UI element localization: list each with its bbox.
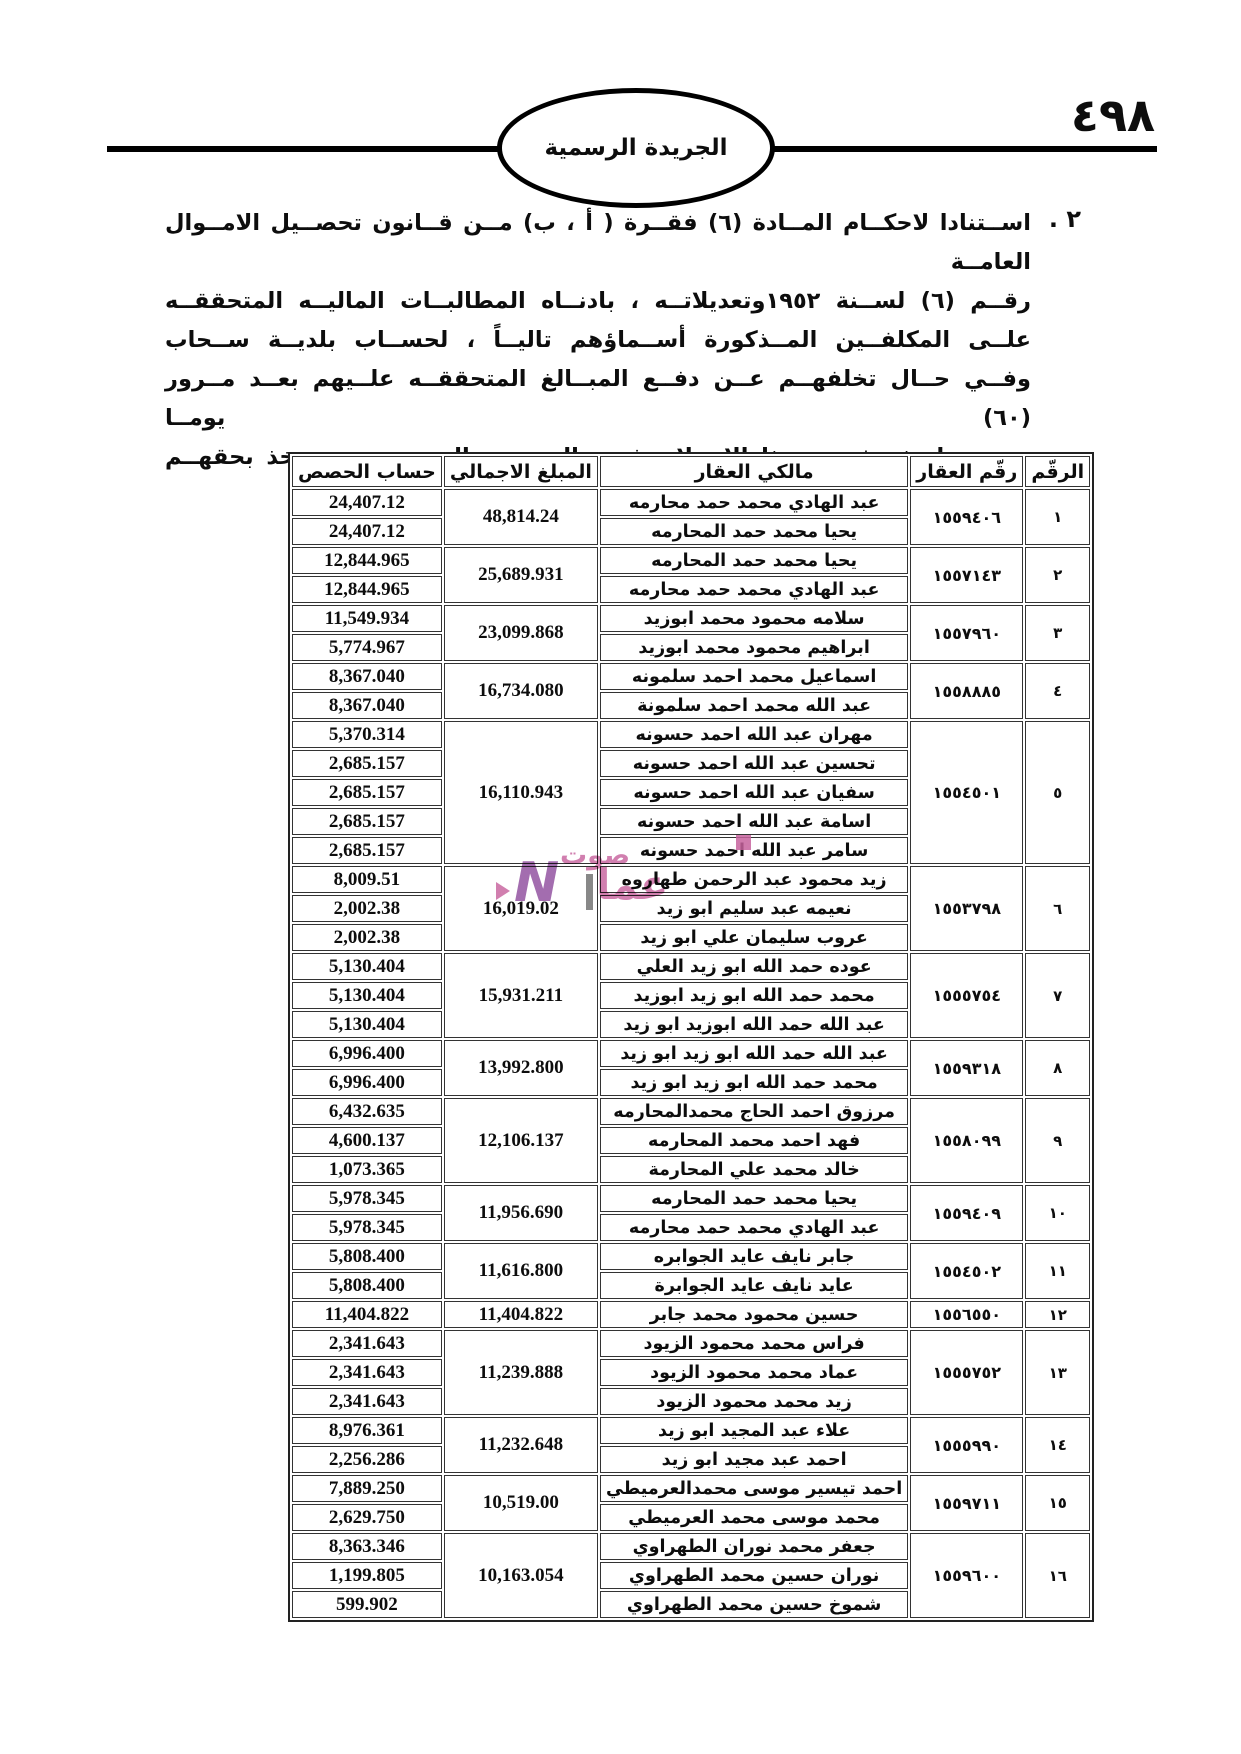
share-amount-cell: 2,002.38 (292, 924, 442, 951)
total-amount-cell: 10,163.054 (444, 1533, 598, 1618)
serial-cell: ٢ (1025, 547, 1090, 603)
header-shares-account: حساب الحصص (292, 456, 442, 487)
owner-name-cell: جعفر محمد نوران الطهراوي (600, 1533, 908, 1560)
total-amount-cell: 16,019.02 (444, 866, 598, 951)
total-amount-cell: 10,519.00 (444, 1475, 598, 1531)
owner-name-cell: محمد موسى محمد العرميطي (600, 1504, 908, 1531)
total-amount-cell: 11,404.822 (444, 1301, 598, 1328)
owner-name-cell: يحيا محمد حمد المحارمه (600, 547, 908, 574)
property-number-cell: ١٥٥٩٤٠٦ (910, 489, 1023, 545)
owner-name-cell: احمد تيسير موسى محمدالعرميطي (600, 1475, 908, 1502)
share-amount-cell: 2,629.750 (292, 1504, 442, 1531)
owner-name-cell: نوران حسين محمد الطهراوي (600, 1562, 908, 1589)
share-amount-cell: 8,009.51 (292, 866, 442, 893)
owner-name-cell: اسامة عبد الله احمد حسونه (600, 808, 908, 835)
serial-cell: ١٣ (1025, 1330, 1090, 1415)
owner-name-cell: فراس محمد محمود الزيود (600, 1330, 908, 1357)
owner-name-cell: عروب سليمان علي ابو زيد (600, 924, 908, 951)
total-amount-cell: 13,992.800 (444, 1040, 598, 1096)
table-row: ٥١٥٥٤٥٠١مهران عبد الله احمد حسونه16,110.… (292, 721, 1090, 748)
owner-name-cell: عبد الهادي محمد حمد محارمه (600, 489, 908, 516)
serial-cell: ١ (1025, 489, 1090, 545)
property-number-cell: ١٥٥٧٩٦٠ (910, 605, 1023, 661)
table-row: ١٦١٥٥٩٦٠٠جعفر محمد نوران الطهراوي10,163.… (292, 1533, 1090, 1560)
share-amount-cell: 24,407.12 (292, 518, 442, 545)
owner-name-cell: مرزوق احمد الحاج محمدالمحارمه (600, 1098, 908, 1125)
owner-name-cell: فهد احمد محمد المحارمه (600, 1127, 908, 1154)
notice-line: علــى المكلفــين المــذكورة أســماؤهم تا… (165, 321, 1031, 360)
share-amount-cell: 2,685.157 (292, 808, 442, 835)
serial-cell: ٩ (1025, 1098, 1090, 1183)
header-owners: مالكي العقار (600, 456, 908, 487)
table-row: ١٥١٥٥٩٧١١احمد تيسير موسى محمدالعرميطي10,… (292, 1475, 1090, 1502)
owner-name-cell: عوده حمد الله ابو زيد العلي (600, 953, 908, 980)
gazette-page: ٤٩٨ الجريدة الرسمية ٢ . اســتنادا لاحكــ… (0, 0, 1241, 1754)
table-row: ١٤١٥٥٥٩٩٠علاء عبد المجيد ابو زيد11,232.6… (292, 1417, 1090, 1444)
owner-name-cell: يحيا محمد حمد المحارمه (600, 1185, 908, 1212)
share-amount-cell: 24,407.12 (292, 489, 442, 516)
owner-name-cell: شموخ حسين محمد الطهراوي (600, 1591, 908, 1618)
table-row: ٩١٥٥٨٠٩٩مرزوق احمد الحاج محمدالمحارمه12,… (292, 1098, 1090, 1125)
total-amount-cell: 23,099.868 (444, 605, 598, 661)
property-number-cell: ١٥٥٨٨٨٥ (910, 663, 1023, 719)
share-amount-cell: 11,404.822 (292, 1301, 442, 1328)
share-amount-cell: 8,363.346 (292, 1533, 442, 1560)
owner-name-cell: اسماعيل محمد احمد سلمونه (600, 663, 908, 690)
serial-cell: ٣ (1025, 605, 1090, 661)
total-amount-cell: 16,110.943 (444, 721, 598, 864)
owner-name-cell: عايد نايف عايد الجوابرة (600, 1272, 908, 1299)
share-amount-cell: 599.902 (292, 1591, 442, 1618)
serial-cell: ٥ (1025, 721, 1090, 864)
serial-cell: ٨ (1025, 1040, 1090, 1096)
total-amount-cell: 11,239.888 (444, 1330, 598, 1415)
total-amount-cell: 11,232.648 (444, 1417, 598, 1473)
table-header-row: الرقّم رقّم العقار مالكي العقار المبلغ ا… (292, 456, 1090, 487)
owner-name-cell: عماد محمد محمود الزيود (600, 1359, 908, 1386)
owner-name-cell: خالد محمد علي المحارمة (600, 1156, 908, 1183)
serial-cell: ٤ (1025, 663, 1090, 719)
property-number-cell: ١٥٥٨٠٩٩ (910, 1098, 1023, 1183)
share-amount-cell: 1,199.805 (292, 1562, 442, 1589)
header-total-amount: المبلغ الاجمالي (444, 456, 598, 487)
share-amount-cell: 2,341.643 (292, 1388, 442, 1415)
share-amount-cell: 5,978.345 (292, 1185, 442, 1212)
serial-cell: ٦ (1025, 866, 1090, 951)
property-number-cell: ١٥٥٥٧٥٢ (910, 1330, 1023, 1415)
notice-line: وفــي حــال تخلفهــم عــن دفــع المبــال… (165, 360, 1031, 438)
owner-name-cell: سلامه محمود محمد ابوزيد (600, 605, 908, 632)
table-row: ١١١٥٥٤٥٠٢جابر نايف عايد الجوابره11,616.8… (292, 1243, 1090, 1270)
owner-name-cell: جابر نايف عايد الجوابره (600, 1243, 908, 1270)
owner-name-cell: ابراهيم محمود محمد ابوزيد (600, 634, 908, 661)
gazette-title-oval: الجريدة الرسمية (497, 88, 775, 208)
share-amount-cell: 5,978.345 (292, 1214, 442, 1241)
serial-cell: ١٢ (1025, 1301, 1090, 1328)
share-amount-cell: 6,996.400 (292, 1069, 442, 1096)
serial-cell: ١٠ (1025, 1185, 1090, 1241)
share-amount-cell: 5,130.404 (292, 982, 442, 1009)
owner-name-cell: زيد محمود عبد الرحمن طهاروه (600, 866, 908, 893)
owner-name-cell: حسين محمود محمد جابر (600, 1301, 908, 1328)
owner-name-cell: تحسين عبد الله احمد حسونه (600, 750, 908, 777)
share-amount-cell: 4,600.137 (292, 1127, 442, 1154)
share-amount-cell: 12,844.965 (292, 576, 442, 603)
table-row: ٨١٥٥٩٣١٨عبد الله حمد الله ابو زيد ابو زي… (292, 1040, 1090, 1067)
owner-name-cell: يحيا محمد حمد المحارمه (600, 518, 908, 545)
share-amount-cell: 8,976.361 (292, 1417, 442, 1444)
header-property-number: رقّم العقار (910, 456, 1023, 487)
owner-name-cell: نعيمه عبد سليم ابو زيد (600, 895, 908, 922)
share-amount-cell: 2,256.286 (292, 1446, 442, 1473)
claims-table-wrap: الرقّم رقّم العقار مالكي العقار المبلغ ا… (288, 452, 1094, 1622)
table-row: ١٣١٥٥٥٧٥٢فراس محمد محمود الزيود11,239.88… (292, 1330, 1090, 1357)
property-number-cell: ١٥٥٧١٤٣ (910, 547, 1023, 603)
table-row: ١٢١٥٥٦٥٥٠حسين محمود محمد جابر11,404.8221… (292, 1301, 1090, 1328)
page-number: ٤٩٨ (1058, 88, 1168, 142)
share-amount-cell: 2,341.643 (292, 1359, 442, 1386)
share-amount-cell: 5,370.314 (292, 721, 442, 748)
share-amount-cell: 6,996.400 (292, 1040, 442, 1067)
property-number-cell: ١٥٥٣٧٩٨ (910, 866, 1023, 951)
property-number-cell: ١٥٥٩٤٠٩ (910, 1185, 1023, 1241)
owner-name-cell: محمد حمد الله ابو زيد ابو زيد (600, 1069, 908, 1096)
owner-name-cell: عبد الهادي محمد حمد محارمه (600, 576, 908, 603)
property-number-cell: ١٥٥٥٧٥٤ (910, 953, 1023, 1038)
table-row: ٤١٥٥٨٨٨٥اسماعيل محمد احمد سلمونه16,734.0… (292, 663, 1090, 690)
total-amount-cell: 16,734.080 (444, 663, 598, 719)
owner-name-cell: عبد الهادي محمد حمد محارمه (600, 1214, 908, 1241)
owner-name-cell: سامر عبد الله احمد حسونه (600, 837, 908, 864)
owner-name-cell: محمد حمد الله ابو زيد ابوزيد (600, 982, 908, 1009)
share-amount-cell: 11,549.934 (292, 605, 442, 632)
owner-name-cell: عبد الله محمد احمد سلمونة (600, 692, 908, 719)
total-amount-cell: 11,616.800 (444, 1243, 598, 1299)
property-number-cell: ١٥٥٩٧١١ (910, 1475, 1023, 1531)
claims-table: الرقّم رقّم العقار مالكي العقار المبلغ ا… (288, 452, 1094, 1622)
share-amount-cell: 5,808.400 (292, 1272, 442, 1299)
total-amount-cell: 12,106.137 (444, 1098, 598, 1183)
total-amount-cell: 48,814.24 (444, 489, 598, 545)
share-amount-cell: 2,685.157 (292, 779, 442, 806)
share-amount-cell: 8,367.040 (292, 692, 442, 719)
property-number-cell: ١٥٥٩٦٠٠ (910, 1533, 1023, 1618)
table-row: ١٠١٥٥٩٤٠٩يحيا محمد حمد المحارمه11,956.69… (292, 1185, 1090, 1212)
share-amount-cell: 7,889.250 (292, 1475, 442, 1502)
total-amount-cell: 15,931.211 (444, 953, 598, 1038)
total-amount-cell: 11,956.690 (444, 1185, 598, 1241)
notice-line: رقــم (٦) لســنة ١٩٥٢وتعديلاتــه ، بادنـ… (165, 282, 1031, 321)
share-amount-cell: 5,130.404 (292, 953, 442, 980)
notice-line: اســتنادا لاحكــام المــادة (٦) فقــرة (… (165, 204, 1031, 282)
owner-name-cell: علاء عبد المجيد ابو زيد (600, 1417, 908, 1444)
share-amount-cell: 8,367.040 (292, 663, 442, 690)
gazette-title: الجريدة الرسمية (544, 135, 727, 161)
owner-name-cell: عبد الله حمد الله ابو زيد ابو زيد (600, 1040, 908, 1067)
serial-cell: ١٤ (1025, 1417, 1090, 1473)
share-amount-cell: 2,685.157 (292, 837, 442, 864)
serial-cell: ١١ (1025, 1243, 1090, 1299)
property-number-cell: ١٥٥٥٩٩٠ (910, 1417, 1023, 1473)
share-amount-cell: 12,844.965 (292, 547, 442, 574)
share-amount-cell: 5,774.967 (292, 634, 442, 661)
property-number-cell: ١٥٥٦٥٥٠ (910, 1301, 1023, 1328)
owner-name-cell: عبد الله حمد الله ابوزيد ابو زيد (600, 1011, 908, 1038)
table-row: ٦١٥٥٣٧٩٨زيد محمود عبد الرحمن طهاروه16,01… (292, 866, 1090, 893)
table-row: ٧١٥٥٥٧٥٤عوده حمد الله ابو زيد العلي15,93… (292, 953, 1090, 980)
share-amount-cell: 2,685.157 (292, 750, 442, 777)
serial-cell: ١٥ (1025, 1475, 1090, 1531)
property-number-cell: ١٥٥٩٣١٨ (910, 1040, 1023, 1096)
property-number-cell: ١٥٥٤٥٠٢ (910, 1243, 1023, 1299)
owner-name-cell: احمد عبد مجيد ابو زيد (600, 1446, 908, 1473)
share-amount-cell: 2,341.643 (292, 1330, 442, 1357)
share-amount-cell: 6,432.635 (292, 1098, 442, 1125)
serial-cell: ١٦ (1025, 1533, 1090, 1618)
property-number-cell: ١٥٥٤٥٠١ (910, 721, 1023, 864)
total-amount-cell: 25,689.931 (444, 547, 598, 603)
notice-item-number: ٢ . (1049, 205, 1081, 233)
header-serial: الرقّم (1025, 456, 1090, 487)
share-amount-cell: 5,808.400 (292, 1243, 442, 1270)
owner-name-cell: مهران عبد الله احمد حسونه (600, 721, 908, 748)
share-amount-cell: 2,002.38 (292, 895, 442, 922)
share-amount-cell: 5,130.404 (292, 1011, 442, 1038)
table-row: ١١٥٥٩٤٠٦عبد الهادي محمد حمد محارمه48,814… (292, 489, 1090, 516)
owner-name-cell: سفيان عبد الله احمد حسونه (600, 779, 908, 806)
serial-cell: ٧ (1025, 953, 1090, 1038)
table-row: ٣١٥٥٧٩٦٠سلامه محمود محمد ابوزيد23,099.86… (292, 605, 1090, 632)
share-amount-cell: 1,073.365 (292, 1156, 442, 1183)
table-row: ٢١٥٥٧١٤٣يحيا محمد حمد المحارمه25,689.931… (292, 547, 1090, 574)
owner-name-cell: زيد محمد محمود الزيود (600, 1388, 908, 1415)
